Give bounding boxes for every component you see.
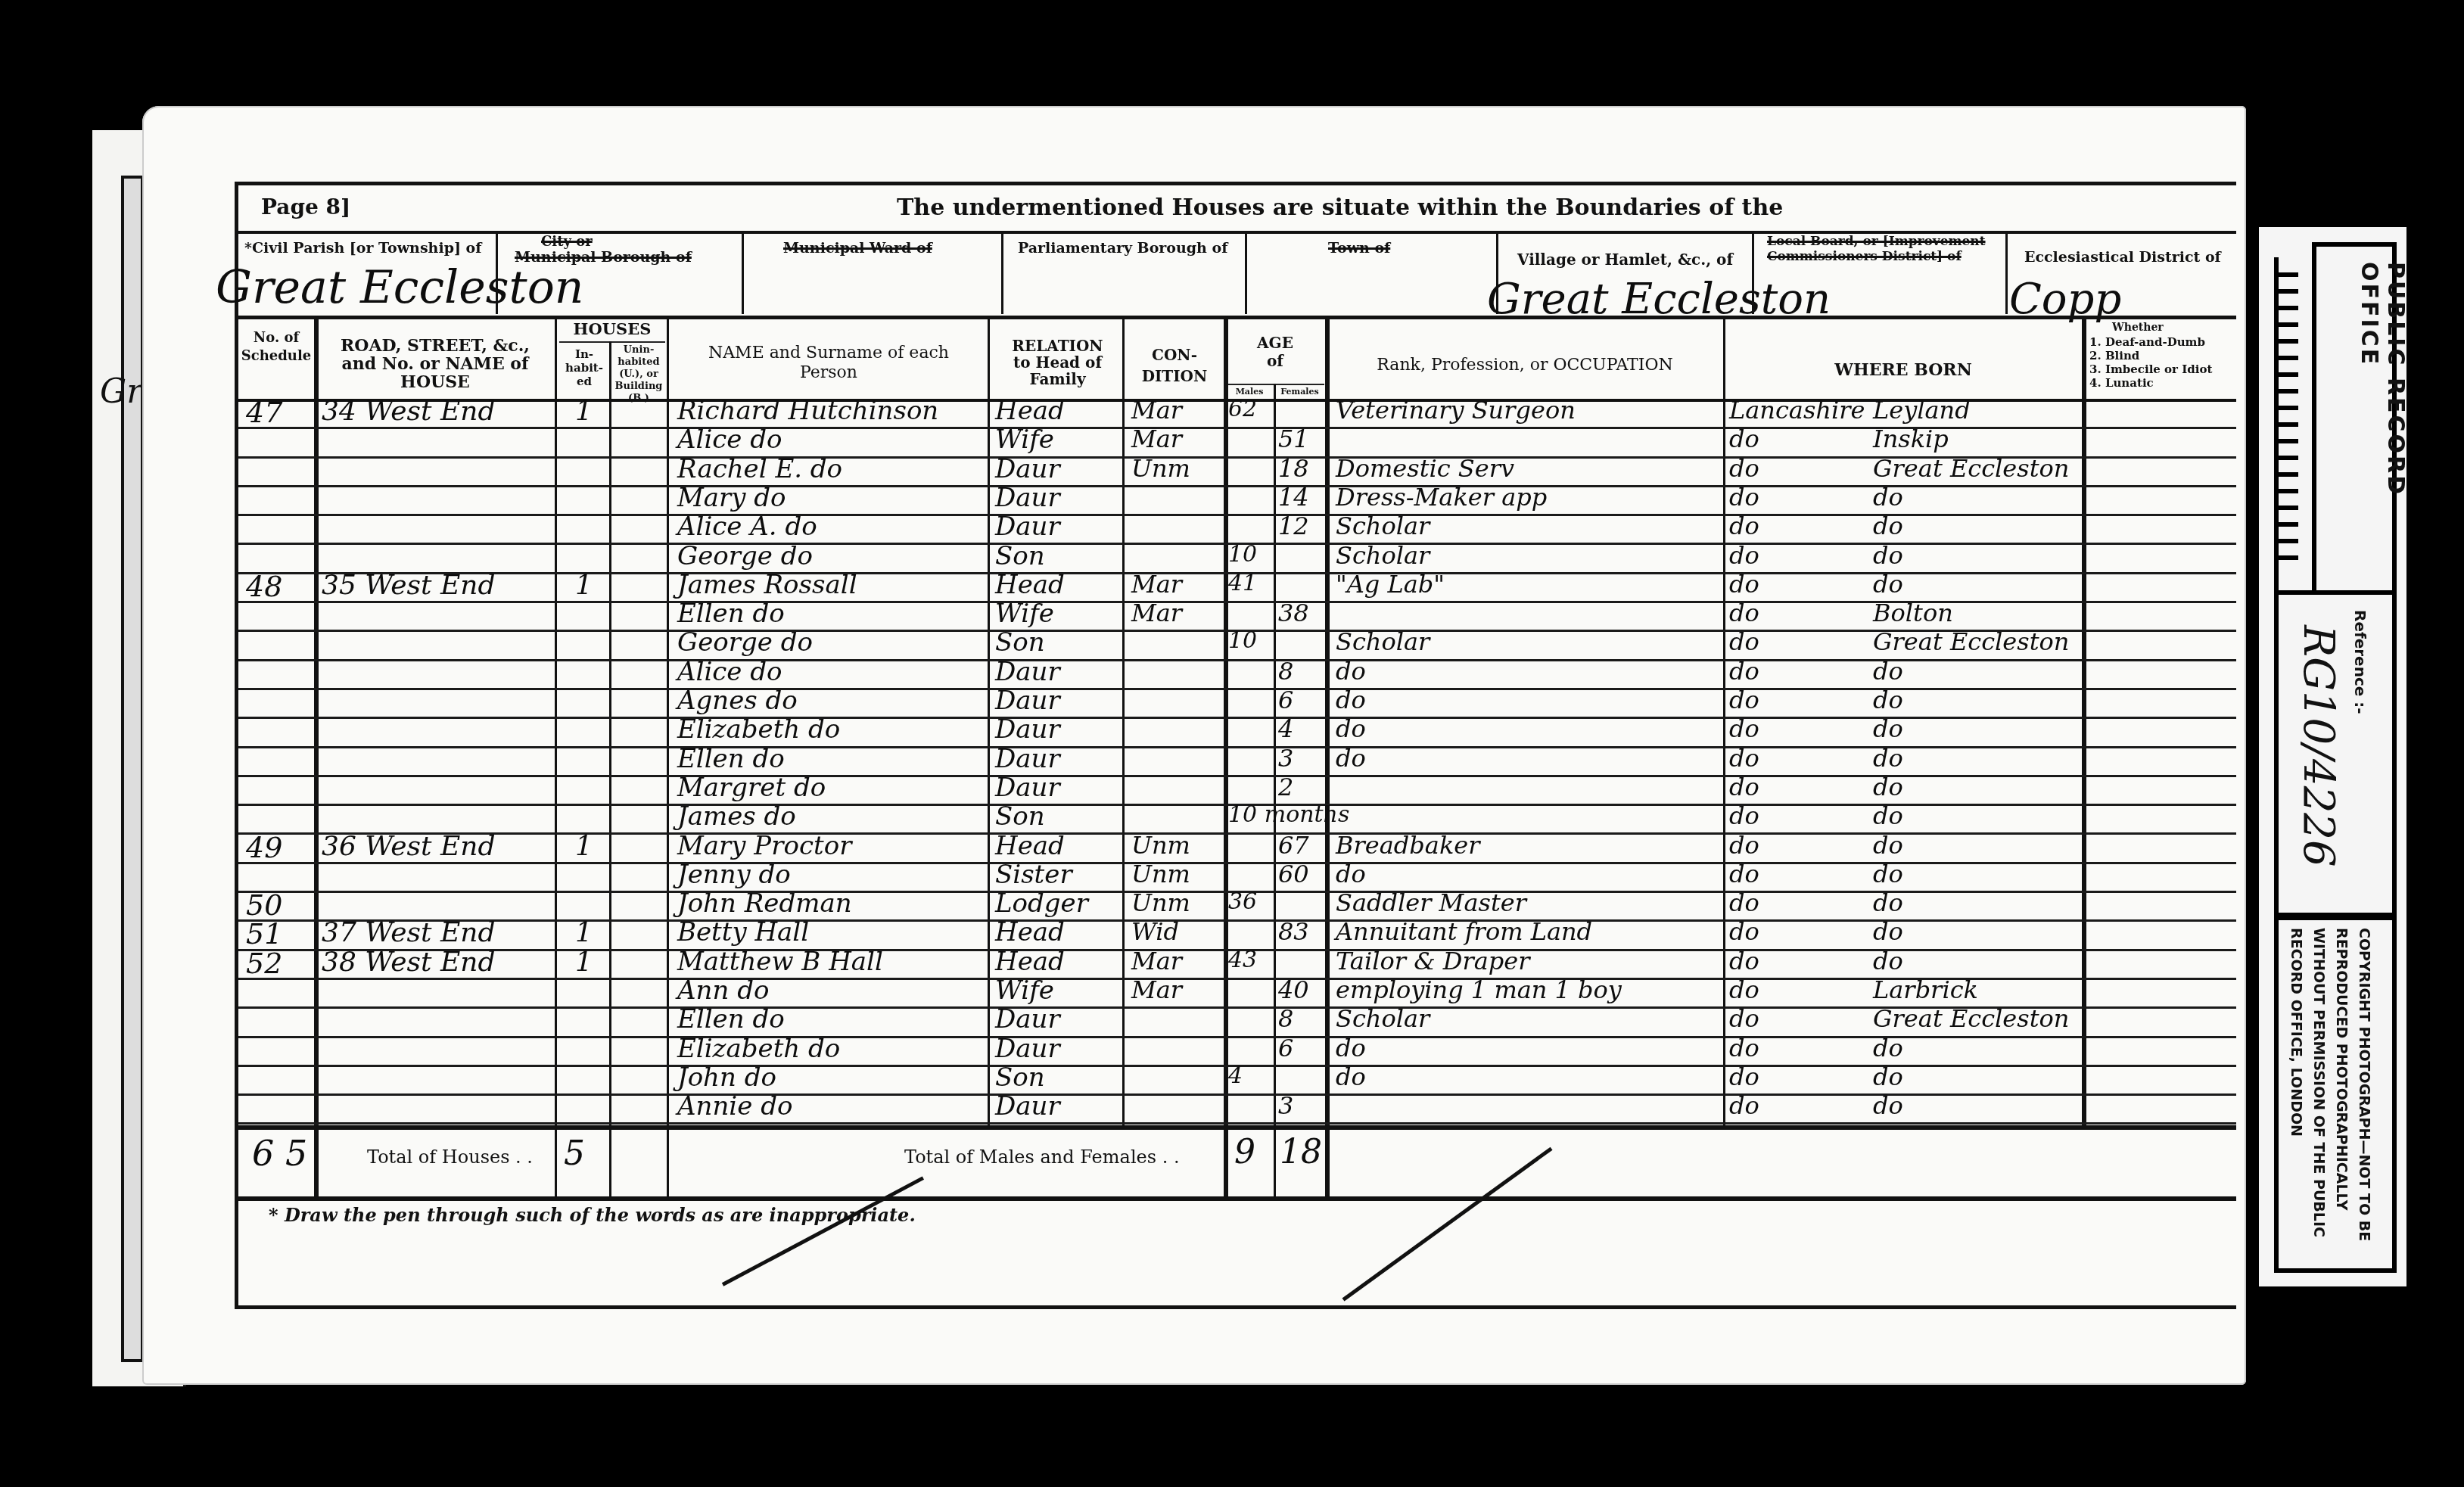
col-header-relation-1: RELATION <box>991 337 1124 355</box>
divider <box>742 232 744 314</box>
age-male: 4 <box>1228 1062 1243 1089</box>
relation: Wife <box>995 599 1054 629</box>
occupation: do <box>1336 686 1366 714</box>
born-place: do <box>1873 947 1903 975</box>
pen-stroke <box>1342 1147 1553 1302</box>
born-place: do <box>1873 714 1903 743</box>
age-female: 6 <box>1278 686 1293 714</box>
relation: Head <box>995 917 1065 947</box>
person-name: Alice do <box>677 425 782 455</box>
boundaries-heading: The undermentioned Houses are situate wi… <box>897 194 1783 221</box>
condition: Mar <box>1131 396 1182 425</box>
commissioners-district-label: Commissioners District] of <box>1767 249 1962 264</box>
age-female: 14 <box>1278 483 1309 512</box>
person-name: Ann do <box>677 975 769 1006</box>
age-male: 62 <box>1228 396 1257 422</box>
schedule-tally: 6 5 <box>252 1133 307 1174</box>
born-place: Bolton <box>1873 599 1953 627</box>
municipal-ward-label: Municipal Ward of <box>783 240 932 257</box>
age-female: 51 <box>1278 425 1309 453</box>
inhabited-count: 1 <box>575 917 593 948</box>
relation: Sister <box>995 860 1072 890</box>
address: 34 West End <box>322 396 496 427</box>
person-name: Matthew B Hall <box>677 947 883 977</box>
born-county: do <box>1729 1091 1759 1120</box>
occupation: employing 1 man 1 boy <box>1336 975 1622 1004</box>
occupation: Veterinary Surgeon <box>1336 396 1576 425</box>
address: 35 West End <box>322 570 496 601</box>
occupation: "Ag Lab" <box>1336 570 1445 599</box>
table-row: Annie doDaur3dodo <box>238 1096 2236 1125</box>
person-name: Jenny do <box>677 860 791 890</box>
age-female: 12 <box>1278 512 1309 540</box>
occupation: Dress-Maker app <box>1336 483 1547 512</box>
col-header-age-of: of <box>1226 352 1324 370</box>
occupation: do <box>1336 657 1366 686</box>
relation: Head <box>995 947 1065 977</box>
born-county: do <box>1729 947 1759 975</box>
occupation: do <box>1336 1034 1366 1062</box>
occupation: Scholar <box>1336 627 1430 656</box>
binding-strip <box>121 176 144 1362</box>
rule <box>238 316 2236 319</box>
born-place: do <box>1873 1034 1903 1062</box>
inhabited-count: 1 <box>575 396 593 427</box>
age-female: 8 <box>1278 1004 1293 1033</box>
table-row: Ellen doDaur3dododo <box>238 748 2236 777</box>
table-row: George doSon10ScholardoGreat Eccleston <box>238 632 2236 661</box>
condition: Unm <box>1131 860 1190 888</box>
born-county: do <box>1729 627 1759 656</box>
public-record-office-label: PUBLIC RECORD OFFICE <box>2356 262 2409 595</box>
born-place: do <box>1873 744 1903 773</box>
person-name: John do <box>677 1062 776 1093</box>
person-name: Ellen do <box>677 744 785 774</box>
col-header-relation-3: Family <box>991 370 1124 388</box>
relation: Son <box>995 627 1045 658</box>
born-place: do <box>1873 570 1903 599</box>
col-header-age: AGE <box>1226 334 1324 352</box>
born-county: do <box>1729 1062 1759 1091</box>
table-row: Mary doDaur14Dress-Maker appdodo <box>238 487 2236 516</box>
born-county: do <box>1729 425 1759 453</box>
occupation: Saddler Master <box>1336 888 1526 917</box>
address: 37 West End <box>322 917 496 948</box>
born-place: do <box>1873 1062 1903 1091</box>
born-county: do <box>1729 570 1759 599</box>
age-female: 2 <box>1278 773 1293 801</box>
inhabited-count: 1 <box>575 831 593 862</box>
person-name: Alice A. do <box>677 512 817 542</box>
pen-stroke <box>722 1176 924 1286</box>
condition: Unm <box>1131 888 1190 917</box>
previous-page-handwriting: Gr <box>100 372 142 411</box>
age-male: 36 <box>1228 888 1257 915</box>
born-county: do <box>1729 831 1759 860</box>
occupation: Scholar <box>1336 1004 1430 1033</box>
local-board-label: Local Board, or [Improvement <box>1767 234 1986 249</box>
relation: Daur <box>995 483 1060 513</box>
born-place: Great Eccleston <box>1873 627 2069 656</box>
relation: Daur <box>995 454 1060 484</box>
born-county: do <box>1729 744 1759 773</box>
born-county: do <box>1729 686 1759 714</box>
col-header-infirmity-title: Whether <box>2112 322 2164 334</box>
total-houses-label: Total of Houses . . <box>367 1146 533 1168</box>
age-female: 6 <box>1278 1034 1293 1062</box>
city-label: City or <box>541 234 593 250</box>
born-county: do <box>1729 773 1759 801</box>
divider <box>1245 232 1247 314</box>
scale-ruler <box>2274 257 2309 590</box>
born-county: do <box>1729 599 1759 627</box>
table-row: Alice doDaur8dododo <box>238 661 2236 690</box>
condition: Mar <box>1131 947 1182 975</box>
col-header-schedule: No. of Schedule <box>238 329 314 366</box>
rule <box>238 1196 2236 1201</box>
col-header-where-born: WHERE BORN <box>1725 361 2081 379</box>
condition: Mar <box>1131 975 1182 1004</box>
table-row: 50John RedmanLodgerUnm36Saddler Masterdo… <box>238 893 2236 922</box>
col-header-females: Females <box>1275 387 1324 397</box>
relation: Head <box>995 831 1065 861</box>
footnote: * Draw the pen through such of the words… <box>269 1204 916 1226</box>
relation: Daur <box>995 1091 1060 1121</box>
occupation: Scholar <box>1336 541 1430 570</box>
relation: Daur <box>995 1004 1060 1034</box>
person-name: Mary do <box>677 483 786 513</box>
born-county: do <box>1729 454 1759 483</box>
schedule-number: 48 <box>246 570 282 603</box>
person-name: Richard Hutchinson <box>677 396 938 426</box>
relation: Wife <box>995 975 1054 1006</box>
person-name: John Redman <box>677 888 852 919</box>
schedule-number: 52 <box>246 947 282 980</box>
born-place: Inskip <box>1873 425 1949 453</box>
born-place: do <box>1873 860 1903 888</box>
table-row: James doSon10 monthsdodo <box>238 806 2236 835</box>
table-row: Rachel E. doDaurUnm18Domestic ServdoGrea… <box>238 459 2236 487</box>
occupation: Tailor & Draper <box>1336 947 1530 975</box>
relation: Daur <box>995 744 1060 774</box>
table-row: Agnes doDaur6dododo <box>238 690 2236 719</box>
relation: Daur <box>995 1034 1060 1064</box>
born-place: Larbrick <box>1873 975 1978 1004</box>
condition: Unm <box>1131 831 1190 860</box>
rule <box>238 1125 2236 1130</box>
born-county: Lancashire <box>1729 396 1865 425</box>
born-place: Leyland <box>1873 396 1971 425</box>
age-male: 43 <box>1228 947 1257 973</box>
person-name: Ellen do <box>677 1004 785 1034</box>
table-row: Elizabeth doDaur4dododo <box>238 719 2236 748</box>
born-place: do <box>1873 686 1903 714</box>
age-female: 3 <box>1278 744 1293 773</box>
relation: Son <box>995 1062 1045 1093</box>
occupation: Annuitant from Land <box>1336 917 1592 946</box>
rule <box>559 341 665 343</box>
born-county: do <box>1729 801 1759 830</box>
address: 36 West End <box>322 831 496 862</box>
condition: Mar <box>1131 599 1182 627</box>
table-row: 4936 West End1Mary ProctorHeadUnm67Bread… <box>238 835 2236 864</box>
relation: Wife <box>995 425 1054 455</box>
born-place: do <box>1873 483 1903 512</box>
age-female: 4 <box>1278 714 1293 743</box>
relation: Head <box>995 396 1065 426</box>
age-female: 8 <box>1278 657 1293 686</box>
person-name: Elizabeth do <box>677 714 840 745</box>
person-name: Agnes do <box>677 686 798 716</box>
born-county: do <box>1729 1004 1759 1033</box>
person-name: Margret do <box>677 773 826 803</box>
born-place: do <box>1873 831 1903 860</box>
occupation: Scholar <box>1336 512 1430 540</box>
page-label: Page 8] <box>261 194 350 219</box>
ecclesiastical-district-label: Ecclesiastical District of <box>2024 249 2221 266</box>
municipal-borough-label: Municipal Borough of <box>515 249 692 266</box>
total-males: 9 <box>1234 1133 1255 1171</box>
col-header-name-2: Person <box>670 364 988 382</box>
col-header-address-1: ROAD, STREET, &c., <box>318 337 552 355</box>
reference-value: RG10/4226 <box>2294 625 2343 867</box>
person-name: Alice do <box>677 657 782 687</box>
condition: Mar <box>1131 425 1182 453</box>
village-label: Village or Hamlet, &c., of <box>1517 250 1733 269</box>
table-row: Ellen doDaur8ScholardoGreat Eccleston <box>238 1009 2236 1037</box>
col-header-infirmity-2: 2. Blind <box>2089 349 2139 362</box>
born-place: do <box>1873 512 1903 540</box>
age-female: 67 <box>1278 831 1309 860</box>
person-name: Rachel E. do <box>677 454 842 484</box>
age-female: 18 <box>1278 454 1309 483</box>
person-name: Elizabeth do <box>677 1034 840 1064</box>
born-place: do <box>1873 657 1903 686</box>
copyright-box: COPYRIGHT PHOTOGRAPH—NOT TO BE REPRODUCE… <box>2274 916 2397 1273</box>
person-name: George do <box>677 541 813 571</box>
occupation: do <box>1336 714 1366 743</box>
inhabited-count: 1 <box>575 570 593 601</box>
born-place: do <box>1873 1091 1903 1120</box>
col-header-uninhabited: Unin-habited (U.), or Building (B.) <box>612 344 665 405</box>
person-name: Mary Proctor <box>677 831 851 861</box>
person-name: Ellen do <box>677 599 785 629</box>
total-females: 18 <box>1280 1133 1322 1171</box>
condition: Mar <box>1131 570 1182 599</box>
address: 38 West End <box>322 947 496 978</box>
col-header-condition-1: CON- <box>1125 346 1224 364</box>
born-county: do <box>1729 1034 1759 1062</box>
relation: Son <box>995 801 1045 832</box>
person-name: Betty Hall <box>677 917 809 947</box>
parliamentary-borough-label: Parliamentary Borough of <box>1018 240 1227 257</box>
archive-strip: PUBLIC RECORD OFFICE Reference :- RG10/4… <box>2259 227 2406 1286</box>
person-name: Annie do <box>677 1091 792 1121</box>
copyright-notice: COPYRIGHT PHOTOGRAPH—NOT TO BE REPRODUCE… <box>2285 928 2375 1268</box>
born-place: do <box>1873 917 1903 946</box>
divider <box>1001 232 1003 314</box>
born-place: Great Eccleston <box>1873 454 2069 483</box>
born-county: do <box>1729 541 1759 570</box>
divider <box>496 232 498 314</box>
total-persons-label: Total of Males and Females . . <box>904 1146 1180 1168</box>
col-header-houses: HOUSES <box>559 320 665 338</box>
col-header-address-2: and No. or NAME of HOUSE <box>318 355 552 391</box>
occupation: Breadbaker <box>1336 831 1480 860</box>
relation: Head <box>995 570 1065 600</box>
relation: Daur <box>995 686 1060 716</box>
col-header-condition-2: DITION <box>1125 367 1224 385</box>
relation: Daur <box>995 512 1060 542</box>
occupation: do <box>1336 1062 1366 1091</box>
relation: Daur <box>995 657 1060 687</box>
col-header-infirmity-4: 4. Lunatic <box>2089 376 2154 390</box>
born-place: do <box>1873 801 1903 830</box>
relation: Son <box>995 541 1045 571</box>
ruler-box: PUBLIC RECORD OFFICE <box>2312 242 2397 595</box>
age-female: 40 <box>1278 975 1309 1004</box>
born-county: do <box>1729 917 1759 946</box>
col-header-name-1: NAME and Surname of each <box>670 344 988 362</box>
col-header-relation-2: to Head of <box>991 353 1124 372</box>
born-county: do <box>1729 975 1759 1004</box>
born-county: do <box>1729 512 1759 540</box>
table-row: John doSon4dododo <box>238 1067 2236 1096</box>
age-male: 10 months <box>1228 801 1349 828</box>
col-header-infirmity-3: 3. Imbecile or Idiot <box>2089 362 2212 376</box>
schedule-number: 47 <box>246 396 282 429</box>
occupation: Domestic Serv <box>1336 454 1514 483</box>
relation: Daur <box>995 773 1060 803</box>
col-header-occupation: Rank, Profession, or OCCUPATION <box>1328 356 1722 375</box>
occupation: do <box>1336 860 1366 888</box>
divider <box>1752 232 1754 314</box>
condition: Unm <box>1131 454 1190 483</box>
born-county: do <box>1729 483 1759 512</box>
born-county: do <box>1729 714 1759 743</box>
person-name: James do <box>677 801 796 832</box>
civil-parish-value: Great Eccleston <box>216 261 583 314</box>
civil-parish-label: *Civil Parish [or Township] of <box>244 240 481 257</box>
age-male: 41 <box>1228 570 1257 596</box>
age-female: 38 <box>1278 599 1309 627</box>
col-header-infirmity-1: 1. Deaf-and-Dumb <box>2089 335 2205 349</box>
condition: Wid <box>1131 917 1179 946</box>
relation: Daur <box>995 714 1060 745</box>
person-name: George do <box>677 627 813 658</box>
born-county: do <box>1729 860 1759 888</box>
census-form: Page 8] The undermentioned Houses are si… <box>235 182 2236 1309</box>
born-place: Great Eccleston <box>1873 1004 2069 1033</box>
age-female: 83 <box>1278 917 1309 946</box>
inhabited-count: 1 <box>575 947 593 978</box>
reference-box: Reference :- RG10/4226 <box>2274 590 2397 917</box>
born-place: do <box>1873 888 1903 917</box>
age-female: 3 <box>1278 1091 1293 1120</box>
age-male: 10 <box>1228 541 1257 568</box>
born-county: do <box>1729 888 1759 917</box>
age-male: 10 <box>1228 627 1257 654</box>
born-place: do <box>1873 541 1903 570</box>
age-female: 60 <box>1278 860 1309 888</box>
divider <box>2005 232 2008 314</box>
col-header-inhabited: In-habit-ed <box>559 347 609 388</box>
born-place: do <box>1873 773 1903 801</box>
reference-label: Reference :- <box>2351 610 2369 714</box>
total-houses-value: 5 <box>564 1134 585 1173</box>
born-county: do <box>1729 657 1759 686</box>
schedule-number: 49 <box>246 831 282 864</box>
person-name: James Rossall <box>677 570 857 600</box>
town-label: Town of <box>1328 240 1390 257</box>
occupation: do <box>1336 744 1366 773</box>
relation: Lodger <box>995 888 1088 919</box>
